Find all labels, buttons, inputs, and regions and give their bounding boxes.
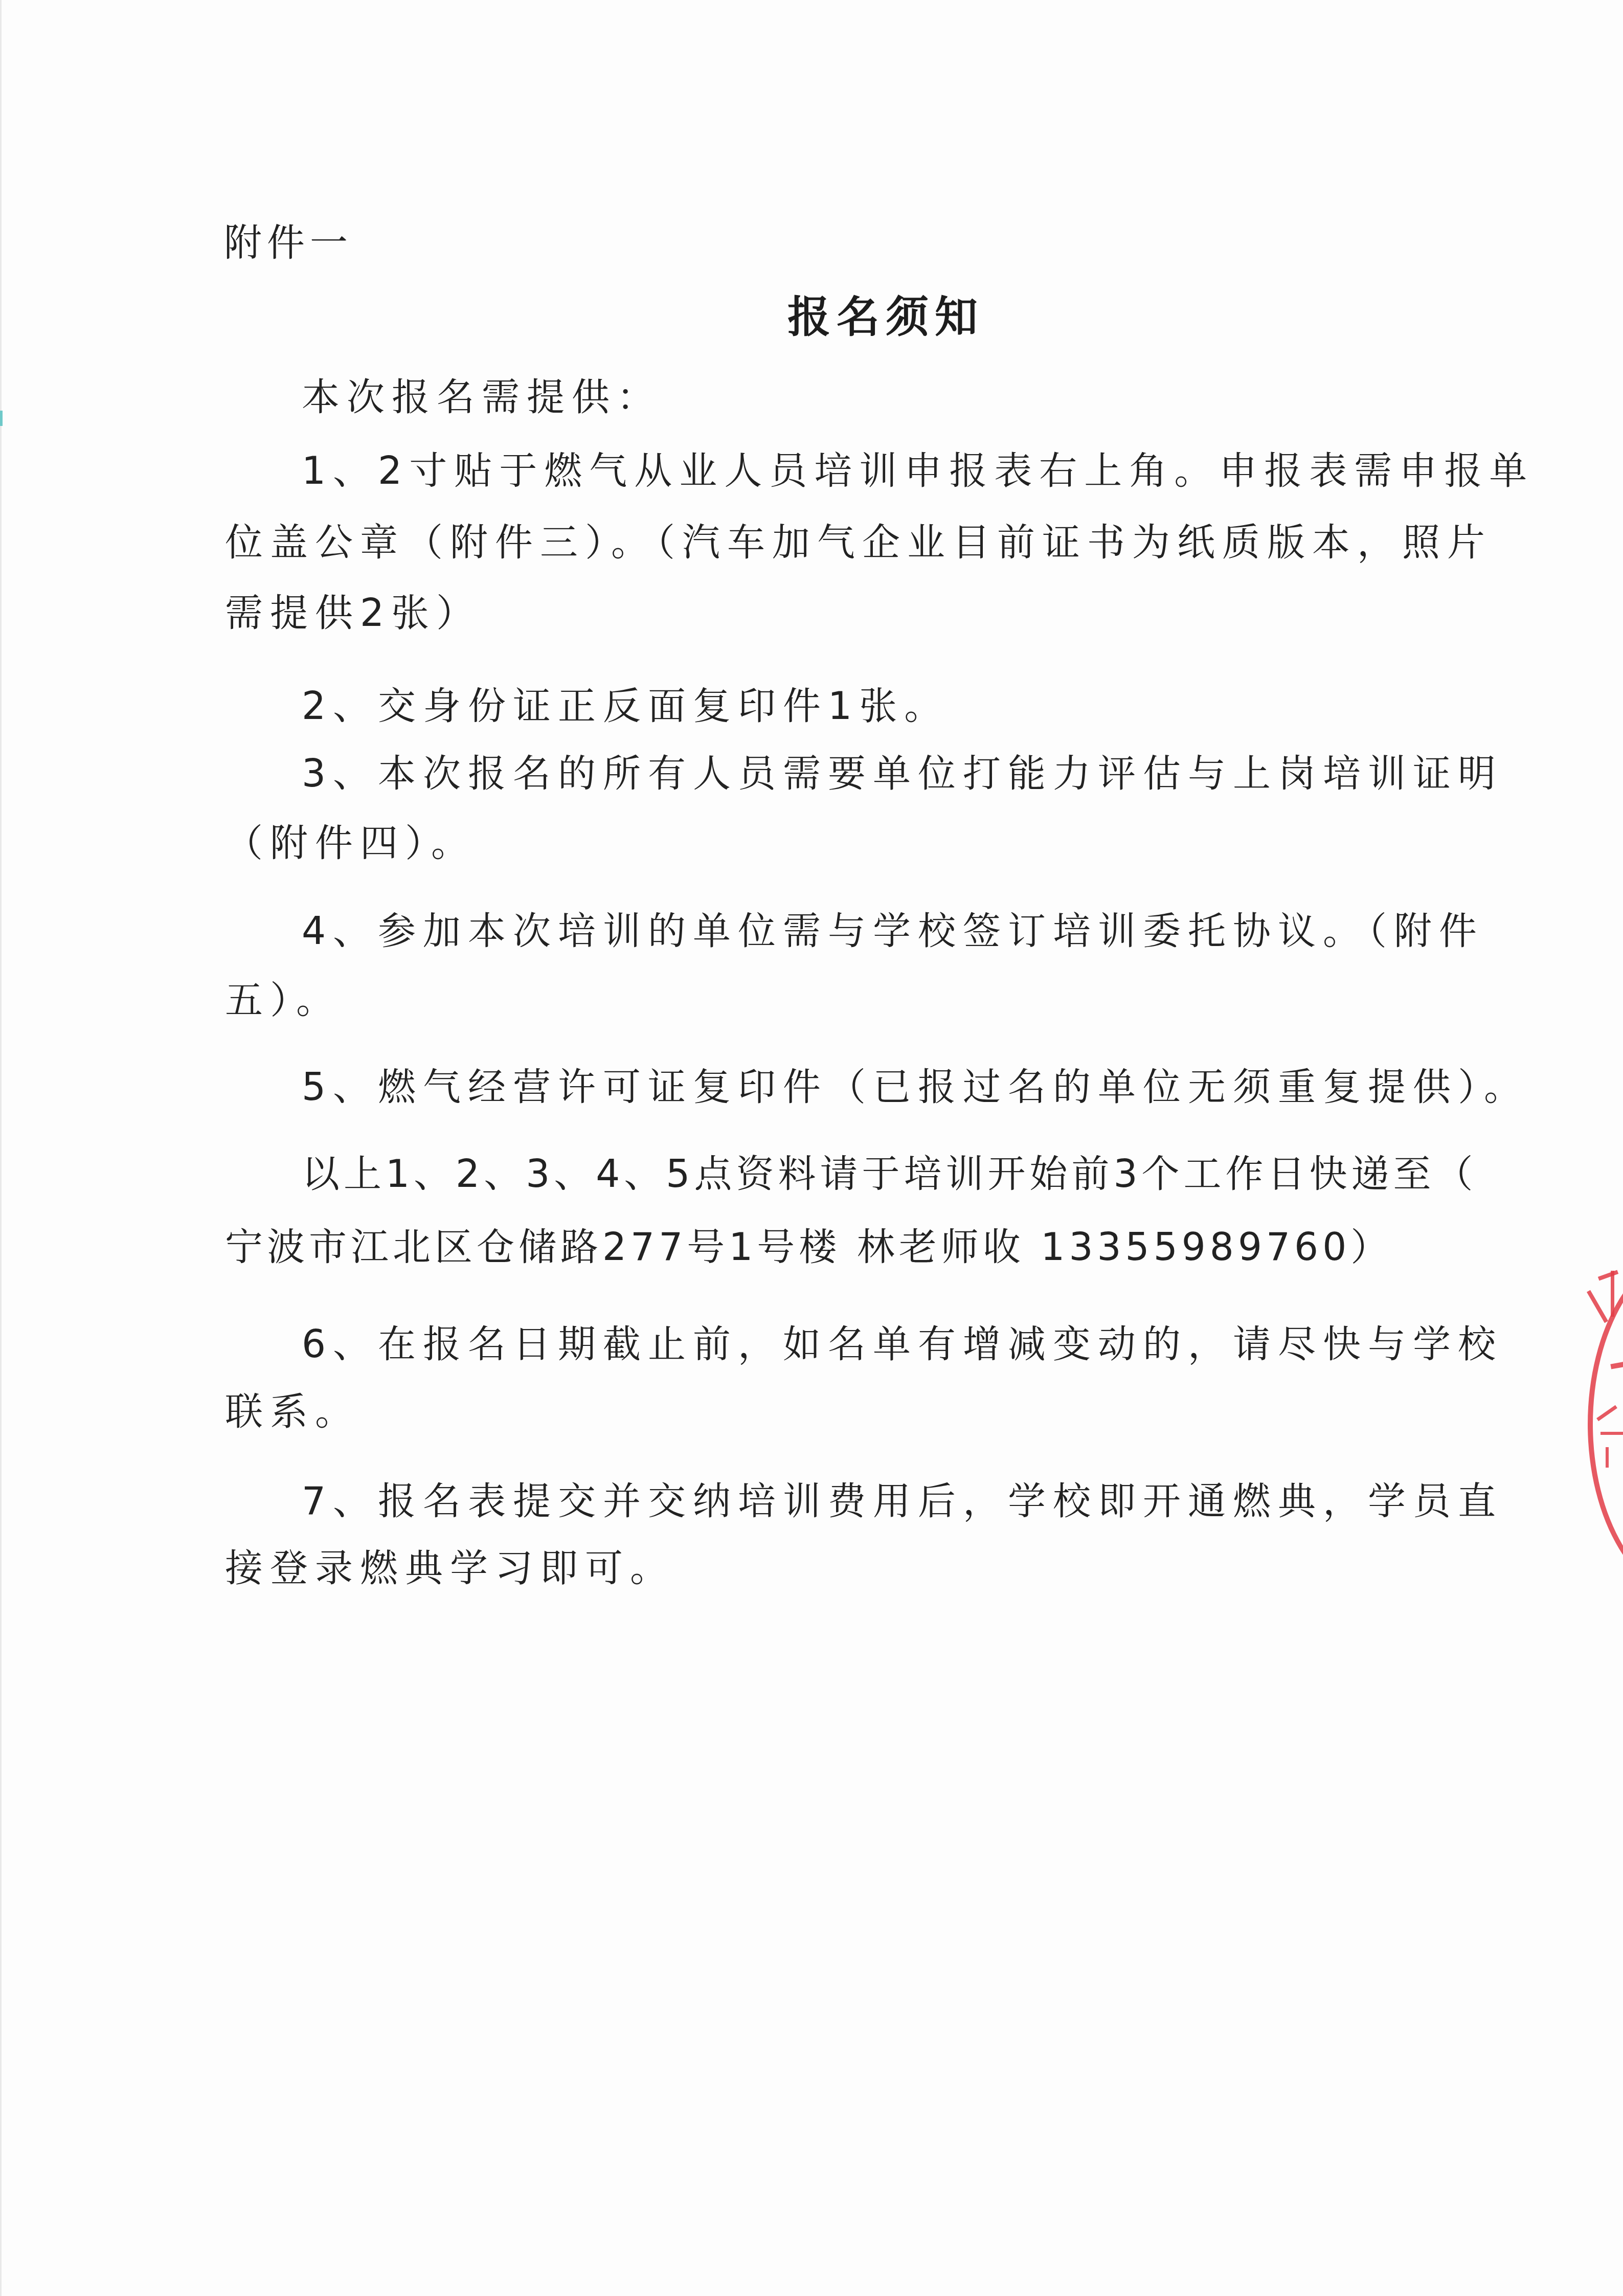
item-3-line-2: （附件四）。 [225,820,476,866]
scan-edge-artifact [0,0,2,2296]
seal-glyph-mark [1587,1290,1608,1323]
attachment-label: 附件一 [224,220,353,266]
scan-artifact-mark [0,411,3,426]
item-1-line-1: 1、2寸贴于燃气从业人员培训申报表右上角。申报表需申报单 [302,448,1534,494]
delivery-note-line-1: 以上1、2、3、4、5点资料请于培训开始前3个工作日快递至（ [302,1151,1477,1197]
seal-glyph-mark [1606,1447,1609,1468]
item-1-line-2: 位盖公章（附件三）。（汽车加气企业目前证书为纸质版本，照片 [225,520,1492,566]
item-7-line-1: 7、报名表提交并交纳培训费用后，学校即开通燃典，学员直 [302,1478,1503,1524]
delivery-address-line: 宁波市江北区仓储路277号1号楼 林老师收 13355989760） [225,1224,1392,1270]
item-3-line-1: 3、本次报名的所有人员需要单位打能力评估与上岗培训证明 [302,751,1503,797]
document-page: 附件一 报名须知 本次报名需提供： 1、2寸贴于燃气从业人员培训申报表右上角。申… [0,0,1623,2296]
document-title: 报名须知 [787,291,984,343]
seal-glyph-mark [1598,1270,1618,1280]
item-4-line-1: 4、参加本次培训的单位需与学校签订培训委托协议。（附件 [302,908,1484,954]
item-4-line-2: 五）。 [225,977,341,1023]
item-1-line-3: 需提供2张） [225,590,481,636]
item-2-line-1: 2、交身份证正反面复印件1张。 [302,683,949,729]
item-6-line-1: 6、在报名日期截止前，如名单有增减变动的，请尽快与学校 [302,1321,1503,1367]
intro-text: 本次报名需提供： [302,374,662,420]
seal-glyph-mark [1611,1271,1614,1317]
item-5-line-1: 5、燃气经营许可证复印件（已报过名的单位无须重复提供）。 [302,1064,1529,1110]
item-6-line-2: 联系。 [225,1389,360,1435]
item-7-line-2: 接登录燃典学习即可。 [225,1545,675,1591]
seal-glyph-mark [1601,1432,1623,1435]
